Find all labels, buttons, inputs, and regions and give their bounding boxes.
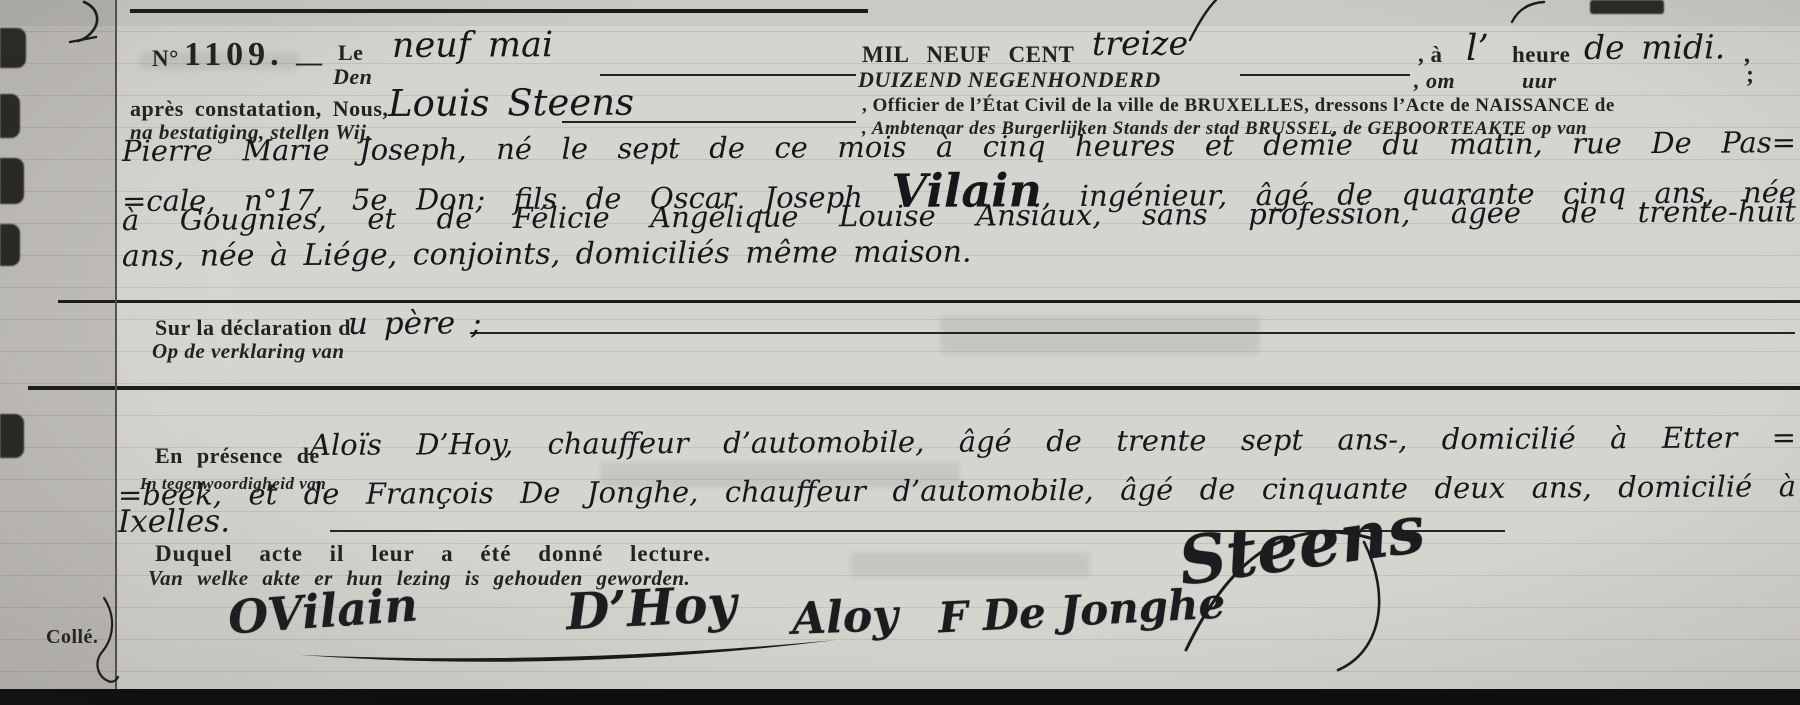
birth-certificate-scan: N° 1109. — Le Den neuf mai MIL NEUF CENT… xyxy=(0,0,1800,705)
witness-line-3: Ixelles. xyxy=(118,503,230,540)
pen-stroke-top-1 xyxy=(1190,0,1216,40)
body-line-4: ans, née à Liége, conjoints, domiciliés … xyxy=(122,235,972,274)
declaration-handwritten: u père ; xyxy=(348,305,482,342)
signature-witness-1-firstname: Aloy xyxy=(791,590,898,645)
signature-witness-1: D’Hoy xyxy=(565,574,738,642)
date-handwritten: neuf mai xyxy=(392,25,553,66)
fill-line-year xyxy=(1240,74,1410,76)
registrar-title-fr: , Officier de l’État Civil de la ville d… xyxy=(862,95,1615,117)
label-den: Den xyxy=(333,64,372,90)
label-a: , à xyxy=(1418,42,1443,68)
bleed-through xyxy=(850,552,1090,578)
scan-artifact xyxy=(0,224,20,266)
bleed-through xyxy=(940,315,1260,355)
rule-middle-1 xyxy=(58,300,1800,303)
label-mil-neuf-cent: MIL NEUF CENT xyxy=(862,42,1074,68)
act-number: 1109. xyxy=(184,36,284,74)
hour-handwritten: l’ xyxy=(1466,28,1489,69)
scan-artifact xyxy=(0,94,20,138)
scan-edge-bottom xyxy=(0,689,1800,705)
fill-line-declaration xyxy=(470,332,1795,334)
act-number-dash: — xyxy=(296,48,323,78)
label-le: Le xyxy=(338,40,363,66)
year-handwritten: treize xyxy=(1092,23,1188,63)
label-om: , om xyxy=(1414,68,1455,94)
margin-paraph-top-dash xyxy=(70,37,96,42)
rule-top xyxy=(130,9,868,13)
fill-line-date xyxy=(600,74,856,76)
witness-line-1: Aloïs D’Hoy, chauffeur d’automobile, âgé… xyxy=(310,422,1796,462)
scan-artifact xyxy=(0,158,24,204)
closing-fr: Duquel acte il leur a été donné lecture. xyxy=(155,541,711,567)
label-duizend-negenhonderd: DUIZEND NEGENHONDERD xyxy=(858,67,1161,93)
label-heure: heure xyxy=(1512,42,1570,68)
witness-line-2: =beek, et de François De Jonghe, chauffe… xyxy=(118,471,1796,512)
punct-semicolon: ; xyxy=(1746,62,1755,89)
registrar-intro-fr: après constatation, Nous, xyxy=(130,96,388,122)
declaration-label-fr: Sur la déclaration d xyxy=(155,315,351,341)
margin-note-colle: Collé. xyxy=(46,626,98,649)
time-handwritten: de midi. xyxy=(1584,27,1725,67)
witnesses-label-fr: En présence de xyxy=(155,443,320,469)
margin-rule xyxy=(115,0,117,690)
label-uur: uur xyxy=(1522,68,1557,94)
scan-artifact xyxy=(0,414,24,458)
act-number-label: N° xyxy=(152,46,179,72)
margin-paraph-top xyxy=(78,2,97,41)
rule-middle-2 xyxy=(28,386,1800,390)
declaration-label-nl: Op de verklaring van xyxy=(152,339,345,364)
scan-artifact xyxy=(0,28,26,68)
registrar-name-handwritten: Louis Steens xyxy=(388,81,634,125)
pen-stroke-top-2 xyxy=(1512,2,1544,22)
signature-flourish-vilain xyxy=(300,640,836,662)
body-line-3: à Gougnies, et de Félicie Angélique Loui… xyxy=(122,196,1796,237)
scan-artifact xyxy=(1590,0,1664,14)
